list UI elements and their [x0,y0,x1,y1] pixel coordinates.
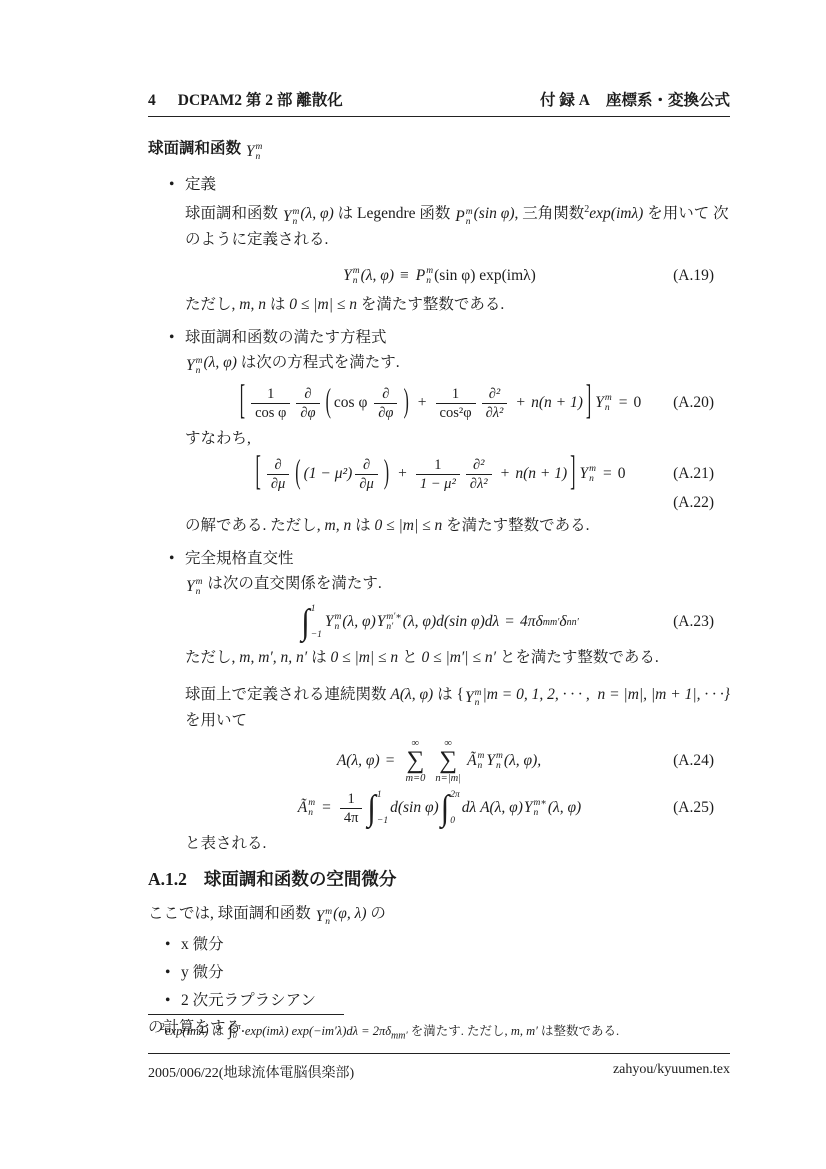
math-Y-nm: Ymn [325,612,342,632]
math-A-tilde: Ãmn [298,798,315,818]
sunawachi-paragraph: すなわち, [148,427,730,450]
integral: ∫1−1 [367,790,388,826]
math-Y-nm: Ymn [343,266,360,286]
footnote-text: 2exp(imλ) は ∫2π0 exp(imλ) exp(−im′λ)dλ =… [148,1019,730,1045]
fraction: 1cos²φ [436,385,476,422]
integral: ∫2π0 [441,790,460,826]
equation-tag: (A.22) [673,494,714,512]
right-bracket-delimiter: ] [586,380,591,426]
equation-a20: [1cos φ∂∂φ(cos φ ∂∂φ)+1cos²φ∂²∂λ²+n(n + … [148,381,730,425]
equation-tag: (A.19) [673,267,714,285]
page-footer: 2005/006/22(地球流体電脳倶楽部) zahyou/kyuumen.te… [148,1053,730,1082]
header-right-title: 座標系・変換公式 [606,92,730,109]
equation-intro-paragraph: Ymn(λ, φ) は次の方程式を満たす. [148,351,730,377]
math-Y-nm: Ymn [486,751,503,771]
list-item-x-derivative: x 微分 [148,933,730,956]
math-Y-nm: Ymn [579,464,596,484]
sum-over-m: ∞∑m=0 [405,738,425,784]
left-bracket-delimiter: [ [240,380,245,426]
left-paren-delimiter: ( [295,455,300,493]
expansion-paragraph: 球面上で定義される連続関数 A(λ, φ) は {Ymn|m = 0, 1, 2… [148,683,730,732]
fraction: 14π [340,790,363,827]
page-number: 4 [148,92,156,109]
paragraph-heading: 球面調和函数 Ymn [148,137,730,163]
equation-tag: (A.25) [673,799,714,817]
list-item-laplacian: 2 次元ラプラシアン [148,989,730,1012]
header-appendix-label: 付 録 A [540,92,590,109]
section-number: A.1.2 [148,869,187,889]
condition-paragraph: ただし, m, n は 0 ≤ |m| ≤ n を満たす整数である. [148,293,730,316]
definition-paragraph: 球面調和函数 Ymn(λ, φ) は Legendre 函数 Pmn(sin φ… [148,198,730,251]
equation-tag: (A.24) [673,752,714,770]
bullet-item-equation: 球面調和函数の満たす方程式 [148,326,730,349]
right-paren-delimiter: ) [403,384,408,422]
equation-a25: Ãmn=14π∫1−1d(sin φ)∫2π0dλ A(λ, φ)Ym∗n(λ,… [148,788,730,828]
equation-a19: Ymn(λ, φ)≡Pmn(sin φ) exp(imλ) (A.19) [148,263,730,289]
footnote-rule [148,1014,344,1015]
list-item-y-derivative: y 微分 [148,961,730,984]
equation-tag: (A.20) [673,394,714,412]
equation-a23: ∫1−1Ymn(λ, φ)Ym′∗n′(λ, φ)d(sin φ)dλ=4πδm… [148,602,730,642]
math-P-nm: Pmn [416,266,433,286]
fraction: ∂∂φ [296,385,319,422]
math-Y-nm: Ymn [595,393,612,413]
equation-a22-empty: (A.22) [148,496,730,510]
equation-a24: A(λ, φ)=∞∑m=0∞∑n=|m|ÃmnYmn(λ, φ), (A.24) [148,736,730,786]
text-column: 4DCPAM2 第 2 部 離散化 付 録 A座標系・変換公式 球面調和函数 Y… [148,88,730,1039]
fraction: 1cos φ [251,385,290,422]
math-A-tilde: Ãmn [467,751,484,771]
orthogonality-intro-paragraph: Ymn は次の直交関係を満たす. [148,572,730,598]
page-header: 4DCPAM2 第 2 部 離散化 付 録 A座標系・変換公式 [148,88,730,117]
header-left: 4DCPAM2 第 2 部 離散化 [148,88,343,110]
document-page: 4DCPAM2 第 2 部 離散化 付 録 A座標系・変換公式 球面調和函数 Y… [0,0,826,1169]
header-right: 付 録 A座標系・変換公式 [540,88,730,110]
section-intro-paragraph: ここでは, 球面調和函数 Ymn(φ, λ) の [148,902,730,928]
bullet-item-orthogonality: 完全規格直交性 [148,547,730,570]
fraction: ∂²∂λ² [482,385,508,422]
fraction: 11 − μ² [416,456,460,493]
fraction: ∂²∂λ² [466,456,492,493]
sum-over-n: ∞∑n=|m| [435,738,461,784]
orthogonality-condition-paragraph: ただし, m, m′, n, n′ は 0 ≤ |m| ≤ n と 0 ≤ |m… [148,646,730,669]
solution-paragraph: の解である. ただし, m, n は 0 ≤ |m| ≤ n を満たす整数である… [148,514,730,537]
right-paren-delimiter: ) [384,455,389,493]
closing-paragraph: と表される. [148,832,730,855]
footer-date-credit: 2005/006/22(地球流体電脳倶楽部) [148,1062,354,1082]
fraction: ∂∂φ [374,385,397,422]
left-paren-delimiter: ( [326,384,331,422]
footer-filename: zahyou/kyuumen.tex [613,1062,730,1082]
equiv-sign: ≡ [400,267,409,285]
math-Y-nm-conj: Ym∗n [524,798,547,818]
equation-tag: (A.23) [673,613,714,631]
equation-a21: [∂∂μ((1 − μ²)∂∂μ)+11 − μ²∂²∂λ²+n(n + 1)]… [148,452,730,496]
integral: ∫1−1 [301,604,322,640]
math-Y-nm-conj: Ym′∗n′ [377,612,402,632]
section-heading: A.1.2球面調和函数の空間微分 [148,867,730,892]
bullet-item-definition: 定義 [148,173,730,196]
fraction: ∂∂μ [355,456,377,493]
left-bracket-delimiter: [ [256,451,261,497]
header-left-title: DCPAM2 第 2 部 離散化 [178,92,343,109]
right-bracket-delimiter: ] [570,451,575,497]
footnote-area: 2exp(imλ) は ∫2π0 exp(imλ) exp(−im′λ)dλ =… [148,1014,730,1045]
fraction: ∂∂μ [267,456,289,493]
equation-tag: (A.21) [673,465,714,483]
section-title: 球面調和函数の空間微分 [204,869,397,889]
